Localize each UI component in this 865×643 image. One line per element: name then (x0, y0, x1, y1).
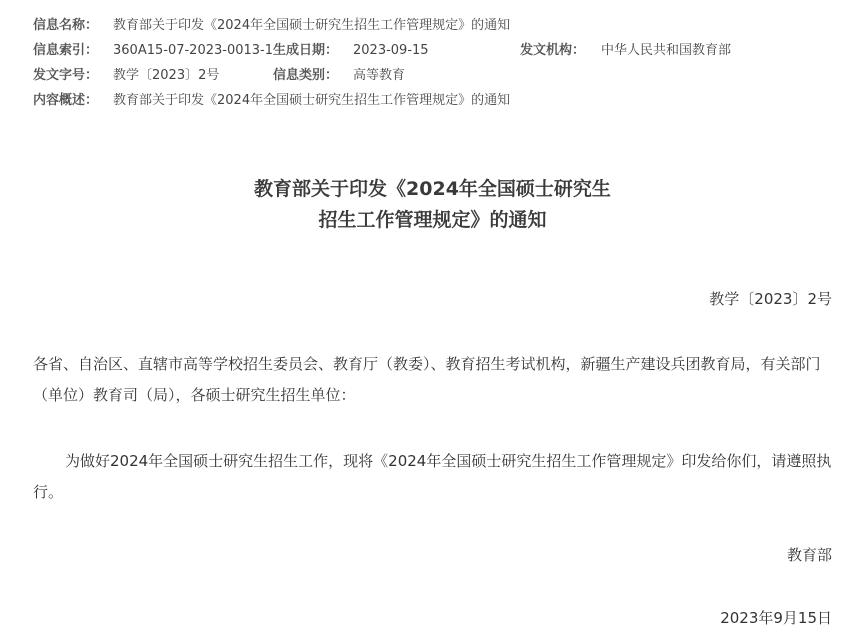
doc-number-label: 发文字号： (33, 63, 98, 88)
info-index-label: 信息索引： (33, 38, 98, 63)
generated-date-value: 2023-09-15 (353, 38, 429, 63)
info-name-label: 信息名称： (33, 13, 98, 38)
issuer-label: 发文机构： (520, 38, 585, 63)
title-line-2: 招生工作管理规定》的通知 (0, 205, 865, 236)
document-date: 2023年9月15日 (720, 607, 832, 628)
title-line-1: 教育部关于印发《2024年全国硕士研究生 (0, 174, 865, 205)
issuer-value: 中华人民共和国教育部 (601, 38, 731, 63)
generated-date-label: 生成日期： (273, 38, 338, 63)
info-name-value: 教育部关于印发《2024年全国硕士研究生招生工作管理规定》的通知 (113, 13, 510, 38)
doc-number-value: 教学〔2023〕2号 (113, 63, 219, 88)
category-label: 信息类别： (273, 63, 338, 88)
signatory: 教育部 (787, 544, 832, 565)
addressees-paragraph: 各省、自治区、直辖市高等学校招生委员会、教育厅（教委）、教育招生考试机构，新疆生… (33, 349, 833, 411)
summary-label: 内容概述： (33, 88, 98, 113)
body-paragraph: 为做好2024年全国硕士研究生招生工作，现将《2024年全国硕士研究生招生工作管… (33, 446, 833, 508)
category-value: 高等教育 (353, 63, 405, 88)
info-index-value: 360A15-07-2023-0013-1 (113, 38, 273, 63)
summary-value: 教育部关于印发《2024年全国硕士研究生招生工作管理规定》的通知 (113, 88, 510, 113)
document-number: 教学〔2023〕2号 (709, 288, 832, 309)
document-title: 教育部关于印发《2024年全国硕士研究生 招生工作管理规定》的通知 (0, 174, 865, 236)
